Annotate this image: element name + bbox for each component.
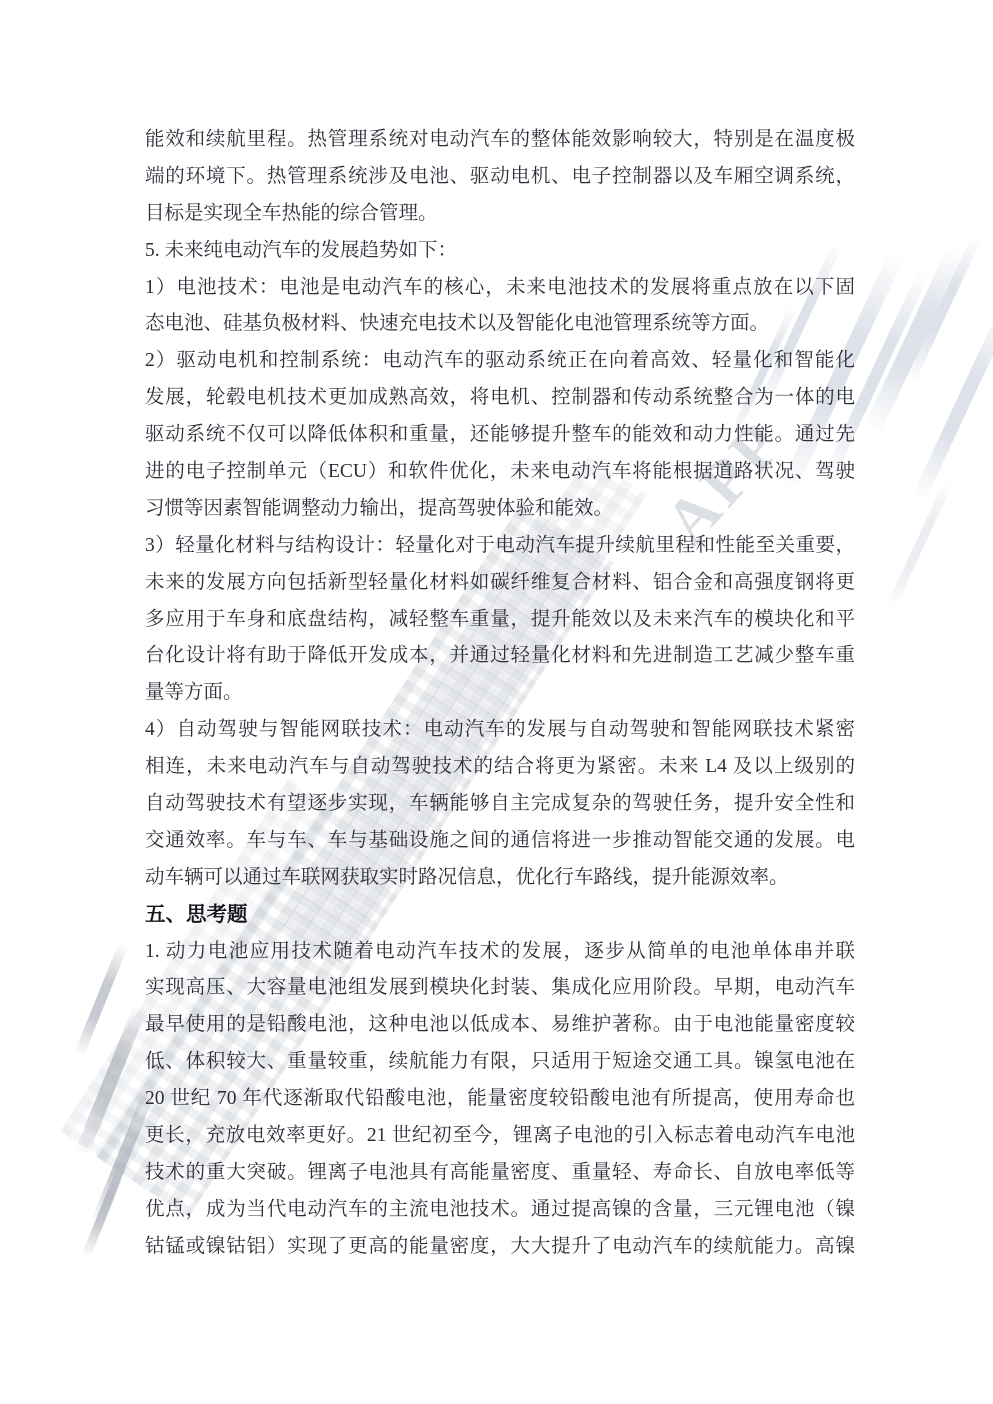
text-line: 实现高压、大容量电池组发展到模块化封装、集成化应用阶段。早期，电动汽车 bbox=[145, 970, 855, 1007]
text-line: 5. 未来纯电动汽车的发展趋势如下： bbox=[145, 233, 855, 270]
text-line: 4）自动驾驶与智能网联技术：电动汽车的发展与自动驾驶和智能网联技术紧密 bbox=[145, 712, 855, 749]
text-line: 优点，成为当代电动汽车的主流电池技术。通过提高镍的含量，三元锂电池（镍 bbox=[145, 1192, 855, 1229]
document-body: 能效和续航里程。热管理系统对电动汽车的整体能效影响较大，特别是在温度极端的环境下… bbox=[145, 122, 855, 1266]
watermark-streak bbox=[82, 1162, 128, 1258]
text-line: 态电池、硅基负极材料、快速充电技术以及智能化电池管理系统等方面。 bbox=[145, 306, 855, 343]
text-line: 目标是实现全车热能的综合管理。 bbox=[145, 196, 855, 233]
text-line: 进的电子控制单元（ECU）和软件优化，未来电动汽车将能根据道路状况、驾驶 bbox=[145, 454, 855, 491]
text-line: 1. 动力电池应用技术随着电动汽车技术的发展，逐步从简单的电池单体串并联 bbox=[145, 934, 855, 971]
text-line: 台化设计将有助于降低开发成本，并通过轻量化材料和先进制造工艺减少整车重 bbox=[145, 638, 855, 675]
text-line: 自动驾驶技术有望逐步实现，车辆能够自主完成复杂的驾驶任务，提升安全性和 bbox=[145, 786, 855, 823]
text-line: 低、体积较大、重量较重，续航能力有限，只适用于短途交通工具。镍氢电池在 bbox=[145, 1044, 855, 1081]
text-line: 技术的重大突破。锂离子电池具有高能量密度、重量轻、寿命长、自放电率低等 bbox=[145, 1155, 855, 1192]
text-line: 最早使用的是铅酸电池，这种电池以低成本、易维护著称。由于电池能量密度较 bbox=[145, 1007, 855, 1044]
text-line: 发展，轮毂电机技术更加成熟高效，将电机、控制器和传动系统整合为一体的电 bbox=[145, 380, 855, 417]
text-line: 交通效率。车与车、车与基础设施之间的通信将进一步推动智能交通的发展。电 bbox=[145, 823, 855, 860]
text-line: 未来的发展方向包括新型轻量化材料如碳纤维复合材料、铝合金和高强度钢将更 bbox=[145, 565, 855, 602]
text-line: 动车辆可以通过车联网获取实时路况信息，优化行车路线，提升能源效率。 bbox=[145, 860, 855, 897]
text-line: 能效和续航里程。热管理系统对电动汽车的整体能效影响较大，特别是在温度极 bbox=[145, 122, 855, 159]
watermark-stripe bbox=[911, 307, 993, 503]
text-line: 驱动系统不仅可以降低体积和重量，还能够提升整车的能效和动力性能。通过先 bbox=[145, 417, 855, 454]
text-line: 钴锰或镍钴铝）实现了更高的能量密度，大大提升了电动汽车的续航能力。高镍 bbox=[145, 1229, 855, 1266]
document-page: APP 能效和续航里程。热管理系统对电动汽车的整体能效影响较大，特别是在温度极端… bbox=[0, 0, 993, 1404]
text-line: 习惯等因素智能调整动力输出，提高驾驶体验和能效。 bbox=[145, 491, 855, 528]
text-line: 多应用于车身和底盘结构，减轻整车重量，提升能效以及未来汽车的模块化和平 bbox=[145, 602, 855, 639]
watermark-stripe bbox=[905, 235, 982, 384]
text-line: 端的环境下。热管理系统涉及电池、驱动电机、电子控制器以及车厢空调系统， bbox=[145, 159, 855, 196]
text-line: 3）轻量化材料与结构设计：轻量化对于电动汽车提升续航里程和性能至关重要， bbox=[145, 528, 855, 565]
watermark-streak bbox=[75, 1003, 148, 1157]
watermark-stripe bbox=[864, 246, 965, 435]
section-heading: 五、思考题 bbox=[145, 897, 855, 934]
text-line: 20 世纪 70 年代逐渐取代铅酸电池，能量密度较铅酸电池有所提高，使用寿命也 bbox=[145, 1081, 855, 1118]
text-line: 1）电池技术：电池是电动汽车的核心，未来电池技术的发展将重点放在以下固 bbox=[145, 270, 855, 307]
text-line: 相连，未来电动汽车与自动驾驶技术的结合将更为紧密。未来 L4 及以上级别的 bbox=[145, 749, 855, 786]
watermark-streak bbox=[74, 942, 128, 1057]
text-line: 更长，充放电效率更好。21 世纪初至今，锂离子电池的引入标志着电动汽车电池 bbox=[145, 1118, 855, 1155]
watermark-stripe bbox=[884, 475, 956, 615]
text-line: 量等方面。 bbox=[145, 675, 855, 712]
text-line: 2）驱动电机和控制系统：电动汽车的驱动系统正在向着高效、轻量化和智能化 bbox=[145, 343, 855, 380]
